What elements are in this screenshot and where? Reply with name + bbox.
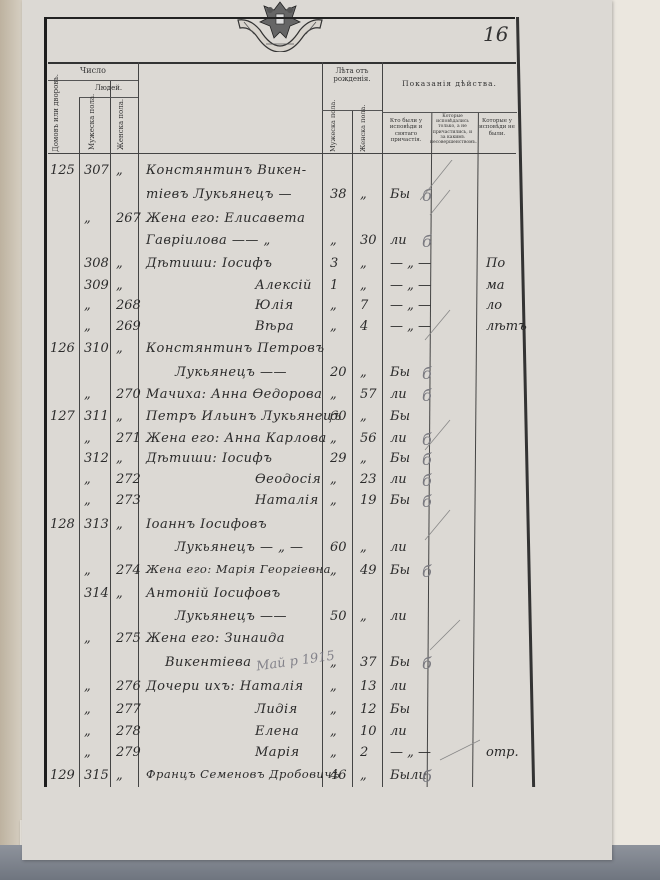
cell-age-m: 60	[330, 541, 347, 554]
cell-age-m: „	[330, 494, 337, 507]
cell-absent: лѣтъ	[486, 320, 527, 333]
cell-female: „	[116, 342, 123, 355]
cell-age-m: „	[330, 299, 337, 312]
cell-age-m: 38	[330, 188, 347, 201]
cell-male: „	[84, 725, 91, 738]
cell-male: 307	[84, 164, 109, 177]
cell-male: 309	[84, 279, 109, 292]
cell-female: 274	[116, 564, 141, 577]
cell-age-m: „	[330, 432, 337, 445]
cell-household: 127	[50, 410, 75, 423]
cell-confession: Бы	[390, 452, 410, 465]
cell-name: Дѣтиши: Іосифъ	[146, 452, 272, 465]
cell-confession: ли	[390, 432, 407, 445]
cell-name: Лукьянецъ ——	[175, 366, 287, 379]
cell-confession: ли	[390, 388, 407, 401]
cell-age-f: „	[360, 366, 367, 379]
header-confession: Показанія дѣйства.	[382, 80, 517, 89]
col-divider	[382, 62, 383, 787]
col-divider	[352, 110, 353, 787]
cell-female: 277	[116, 703, 141, 716]
cell-male: „	[84, 632, 91, 645]
cell-male: „	[84, 494, 91, 507]
cell-male: 308	[84, 257, 109, 270]
cell-age-f: „	[360, 279, 367, 292]
cell-age-f: 7	[360, 299, 368, 312]
cell-age-m: „	[330, 320, 337, 333]
cell-name: Жена его: Елисавета	[146, 212, 305, 225]
cell-name: Дѣтиши: Іосифъ	[146, 257, 272, 270]
cell-absent: отр.	[486, 746, 519, 759]
cell-female: „	[116, 769, 123, 782]
cell-name: Вѣра	[255, 320, 294, 333]
coat-of-arms-icon	[230, 0, 330, 52]
cell-age-f: 12	[360, 703, 377, 716]
cell-name: Викентіева	[165, 656, 251, 669]
cell-age-m: „	[330, 680, 337, 693]
cell-age-f: 57	[360, 388, 377, 401]
cell-female: 276	[116, 680, 141, 693]
cell-confession: Бы	[390, 703, 410, 716]
cell-name: Мачиха: Анна Өедорова	[146, 388, 322, 401]
cell-name: Дочери ихъ: Наталія	[146, 680, 304, 693]
header-female: Женска пола.	[117, 102, 131, 150]
cell-age-m: „	[330, 473, 337, 486]
cell-male: 312	[84, 452, 109, 465]
cell-age-f: 2	[360, 746, 368, 759]
cell-male: „	[84, 746, 91, 759]
cell-age-m: 50	[330, 610, 347, 623]
cell-female: „	[116, 257, 123, 270]
cell-name: Петръ Ильинъ Лукьянецъ	[146, 410, 342, 423]
cell-name: Елена	[255, 725, 299, 738]
cell-confession: Бы	[390, 656, 410, 669]
cell-female: 267	[116, 212, 141, 225]
cell-name: Жена его: Зинаида	[146, 632, 285, 645]
header-persons: Людей.	[79, 84, 138, 92]
cell-absent: По	[486, 257, 505, 270]
cell-age-f: 23	[360, 473, 377, 486]
cell-age-m: 60	[330, 410, 347, 423]
cell-female: 278	[116, 725, 141, 738]
cell-household: 126	[50, 342, 75, 355]
cell-name: Лидія	[255, 703, 298, 716]
col-divider	[79, 97, 80, 787]
cell-female: 271	[116, 432, 141, 445]
cell-male: 310	[84, 342, 109, 355]
cell-age-f: „	[360, 410, 367, 423]
header-top-rule	[48, 62, 516, 64]
cell-female: 275	[116, 632, 141, 645]
cell-age-f: 56	[360, 432, 377, 445]
cell-household: 129	[50, 769, 75, 782]
cell-age-m: „	[330, 564, 337, 577]
cell-female: 273	[116, 494, 141, 507]
cell-name: Өеодосія	[255, 473, 321, 486]
frame-top-rule	[45, 17, 515, 19]
header-count: Число	[48, 66, 138, 75]
cell-confession: Бы	[390, 188, 410, 201]
cell-age-f: 30	[360, 234, 377, 247]
cell-age-f: 37	[360, 656, 377, 669]
cell-name: Алексій	[255, 279, 312, 292]
cell-name: Іоаннъ Іосифовъ	[146, 518, 267, 531]
cell-male: „	[84, 388, 91, 401]
cell-female: 279	[116, 746, 141, 759]
cell-female: „	[116, 410, 123, 423]
cell-age-f: „	[360, 188, 367, 201]
cell-confession: Бы	[390, 410, 410, 423]
cell-age-f: 49	[360, 564, 377, 577]
cell-female: 270	[116, 388, 141, 401]
cell-age-f: 13	[360, 680, 377, 693]
cell-age-f: „	[360, 610, 367, 623]
cell-male: „	[84, 212, 91, 225]
cell-confession: ли	[390, 680, 407, 693]
facing-page-edge	[612, 0, 660, 845]
cell-female: 272	[116, 473, 141, 486]
header-subrule	[382, 112, 517, 113]
cell-male: „	[84, 320, 91, 333]
cell-male: „	[84, 703, 91, 716]
cell-age-f: 4	[360, 320, 368, 333]
cell-age-m: 46	[330, 769, 347, 782]
cell-male: „	[84, 299, 91, 312]
header-subrule	[48, 80, 138, 81]
header-male: Мужеска пола.	[88, 102, 102, 150]
header-age: Лѣта отъ рожденія.	[322, 67, 382, 83]
cell-female: „	[116, 587, 123, 600]
cell-confession: Бы	[390, 494, 410, 507]
cell-age-m: „	[330, 234, 337, 247]
cell-male: „	[84, 473, 91, 486]
cell-name: Констянтинъ Петровъ	[146, 342, 325, 355]
cell-confession: ли	[390, 725, 407, 738]
cell-age-f: 19	[360, 494, 377, 507]
cell-name: Лукьянецъ ——	[175, 610, 287, 623]
cell-name: Антоній Іосифовъ	[146, 587, 281, 600]
cell-name: Марія	[255, 746, 300, 759]
cell-male: „	[84, 680, 91, 693]
header-age-male: Мужеска пола.	[330, 114, 344, 152]
cell-age-f: „	[360, 769, 367, 782]
cell-confession: Бы	[390, 564, 410, 577]
cell-female: „	[116, 164, 123, 177]
cell-name: Францъ Семеновъ Дробовичъ	[146, 769, 340, 781]
header-were-not: Которые у исповѣди не были.	[476, 118, 518, 137]
header-households: Домовъ или дворовъ.	[52, 100, 74, 152]
cell-household: 125	[50, 164, 75, 177]
header-negligence: Которые исповѣдались только, а не причас…	[430, 114, 475, 145]
cell-absent: ло	[486, 299, 502, 312]
cell-age-f: „	[360, 541, 367, 554]
page-number: 16	[483, 22, 508, 46]
cell-age-m: 3	[330, 257, 338, 270]
cell-female: 268	[116, 299, 141, 312]
book-binding	[0, 0, 22, 880]
cell-female: 269	[116, 320, 141, 333]
cell-household: 128	[50, 518, 75, 531]
cell-age-f: „	[360, 452, 367, 465]
col-divider	[322, 62, 323, 787]
cell-confession: ли	[390, 473, 407, 486]
cell-female: „	[116, 279, 123, 292]
cell-female: „	[116, 452, 123, 465]
cell-male: „	[84, 432, 91, 445]
cell-absent: ма	[486, 279, 505, 292]
col-divider	[110, 80, 111, 787]
header-were-at-confession: Кто были у исповѣди и святаго причастія.	[383, 118, 429, 143]
cell-name: тіевъ Лукьянецъ —	[146, 188, 292, 201]
header-age-female: Женска пола.	[360, 114, 374, 152]
cell-age-m: „	[330, 725, 337, 738]
cell-age-m: „	[330, 746, 337, 759]
cell-confession: ли	[390, 234, 407, 247]
cell-name: Юлія	[255, 299, 294, 312]
cell-male: „	[84, 564, 91, 577]
cell-confession: ли	[390, 541, 407, 554]
pencil-checkmarks	[420, 160, 480, 780]
cell-age-m: „	[330, 703, 337, 716]
cell-female: „	[116, 518, 123, 531]
cell-name: Лукьянецъ — „ —	[175, 541, 303, 554]
cell-confession: Бы	[390, 366, 410, 379]
cell-age-m: 1	[330, 279, 338, 292]
cell-name: Жена его: Анна Карлова	[146, 432, 327, 445]
cell-male: 314	[84, 587, 109, 600]
cell-age-f: 10	[360, 725, 377, 738]
cell-male: 315	[84, 769, 109, 782]
frame-left-rule	[44, 17, 47, 787]
cell-age-m: 29	[330, 452, 347, 465]
header-bottom-rule	[48, 153, 516, 154]
cell-name: Наталія	[255, 494, 319, 507]
cell-male: 313	[84, 518, 109, 531]
cell-name: Жена его: Марія Георгіевна	[146, 564, 331, 576]
cell-male: 311	[84, 410, 109, 423]
cell-age-m: 20	[330, 366, 347, 379]
cell-name: Гавріилова —— „	[146, 234, 271, 247]
cell-age-f: „	[360, 257, 367, 270]
cell-name: Констянтинъ Викен-	[146, 164, 307, 177]
cell-age-m: „	[330, 388, 337, 401]
cell-confession: ли	[390, 610, 407, 623]
